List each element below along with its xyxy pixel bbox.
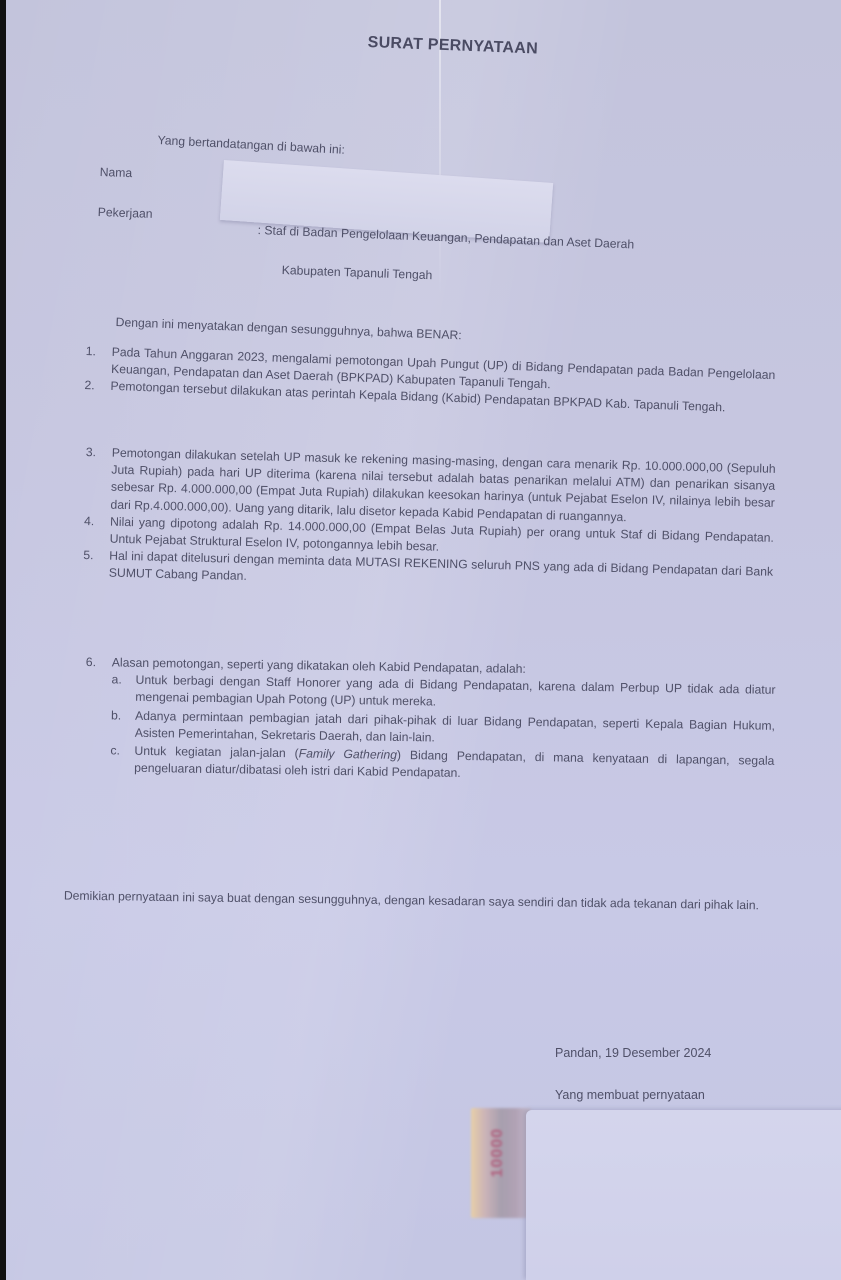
sub-item-text-before: Untuk kegiatan jalan-jalan ( [134, 744, 298, 761]
stamp-value: 10000 [489, 1128, 507, 1178]
list-item-text: Pemotongan dilakukan setelah UP masuk ke… [110, 446, 775, 524]
sub-item-letter: b. [111, 707, 121, 724]
list-item-number: 3. [86, 444, 97, 461]
declaration-list: 1. Pada Tahun Anggaran 2023, mengalami p… [84, 343, 775, 419]
declaration-lead: Dengan ini menyatakan dengan sesungguhny… [115, 314, 462, 344]
sub-item-text-italic: Family Gathering [299, 746, 398, 762]
field-label-nama: Nama [99, 164, 132, 182]
list-item-number: 4. [84, 513, 95, 530]
document-paper: SURAT PERNYATAAN Yang bertandatangan di … [6, 0, 841, 1280]
duty-stamp: 10000 [471, 1108, 531, 1218]
sub-item-letter: a. [111, 672, 121, 689]
field-value-pekerjaan-line2: Kabupaten Tapanuli Tengah [281, 262, 432, 284]
closing-statement: Demikian pernyataan ini saya buat dengan… [24, 886, 764, 915]
declaration-list-reasons: 6. Alasan pemotongan, seperti yang dikat… [84, 654, 776, 787]
signature-cover-sheet [526, 1110, 841, 1280]
signer-label: Yang membuat pernyataan [555, 1088, 705, 1104]
intro-text: Yang bertandatangan di bawah ini: [157, 132, 345, 159]
list-item-number: 5. [83, 547, 94, 564]
list-item-number: 6. [86, 654, 96, 671]
field-label-pekerjaan: Pekerjaan [97, 204, 152, 223]
reason-sublist: a. Untuk berbagi dengan Staff Honorer ya… [84, 671, 776, 787]
declaration-list-cont: 3. Pemotongan dilakukan setelah UP masuk… [83, 444, 776, 598]
document-title: SURAT PERNYATAAN [367, 34, 538, 59]
list-item-number: 2. [84, 377, 95, 395]
place-date: Pandan, 19 Desember 2024 [555, 1046, 711, 1060]
sub-item-letter: c. [110, 742, 120, 759]
list-item-number: 1. [85, 343, 96, 361]
